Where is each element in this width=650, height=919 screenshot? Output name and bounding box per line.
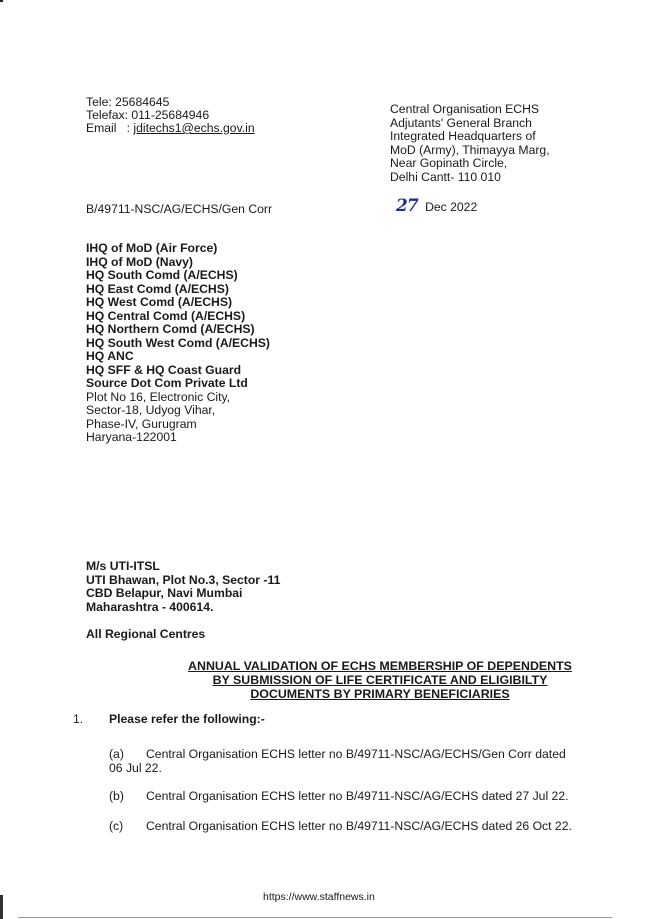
sender-address-line: MoD (Army), Thimayya Marg, [390,144,550,158]
paragraph-number: 1. [73,713,83,727]
sender-address-line: Near Gopinath Circle, [390,157,550,171]
subject-line: ANNUAL VALIDATION OF ECHS MEMBERSHIP OF … [140,659,620,673]
addressee: HQ ANC [86,350,270,364]
sender-address-line: Central Organisation ECHS [390,103,550,117]
reference-item-c: (c)Central Organisation ECHS letter no B… [109,820,572,834]
uti-address-line: Maharashtra - 400614. [86,601,280,615]
sender-address-line: Adjutants' General Branch [390,117,550,131]
sender-address-line: Integrated Headquarters of [390,130,550,144]
addressee: HQ East Comd (A/ECHS) [86,283,270,297]
letter-date: 27 Dec 2022 [396,200,477,215]
email-line: Email : jditechs1@echs.gov.in [86,122,255,136]
email-link[interactable]: jditechs1@echs.gov.in [133,121,254,135]
item-text: Central Organisation ECHS letter no B/49… [146,747,566,761]
item-label: (a) [109,748,146,762]
item-label: (b) [109,790,146,804]
item-text: Central Organisation ECHS letter no B/49… [146,789,569,803]
subject-heading: ANNUAL VALIDATION OF ECHS MEMBERSHIP OF … [140,659,620,701]
regional-centres: All Regional Centres [86,628,205,642]
uti-address-line: M/s UTI-ITSL [86,560,280,574]
date-month-year: Dec 2022 [425,200,477,214]
paragraph-text: Please refer the following:- [109,713,265,727]
reference-item-b: (b)Central Organisation ECHS letter no B… [109,790,569,804]
subject-line: BY SUBMISSION OF LIFE CERTIFICATE AND EL… [140,673,620,687]
sender-address-line: Delhi Cantt- 110 010 [390,171,550,185]
addressee: HQ South West Comd (A/ECHS) [86,337,270,351]
email-label: Email : [86,121,133,135]
sender-address: Central Organisation ECHS Adjutants' Gen… [390,103,550,184]
uti-address: M/s UTI-ITSL UTI Bhawan, Plot No.3, Sect… [86,560,280,614]
item-label: (c) [109,820,146,834]
source-address-line: Haryana-122001 [86,431,270,445]
source-address-line: Phase-IV, Gurugram [86,418,270,432]
addressee: IHQ of MoD (Navy) [86,256,270,270]
scan-artifact [0,0,3,2]
addressee: HQ SFF & HQ Coast Guard [86,364,270,378]
source-address-line: Plot No 16, Electronic City, [86,391,270,405]
source-address-line: Sector-18, Udyog Vihar, [86,404,270,418]
addressee: Source Dot Com Private Ltd [86,377,270,391]
addressee-list: IHQ of MoD (Air Force) IHQ of MoD (Navy)… [86,242,270,445]
reference-number: B/49711-NSC/AG/ECHS/Gen Corr [86,203,272,217]
scan-edge-shadow [0,895,3,919]
page-bottom-rule [18,917,612,918]
reference-item-a: (a)Central Organisation ECHS letter no B… [109,748,609,775]
item-text: Central Organisation ECHS letter no B/49… [146,819,572,833]
item-text-continued: 06 Jul 22. [109,762,609,776]
handwritten-day: 27 [396,196,418,216]
addressee: HQ Central Comd (A/ECHS) [86,310,270,324]
addressee: HQ West Comd (A/ECHS) [86,296,270,310]
subject-line: DOCUMENTS BY PRIMARY BENEFICIARIES [140,687,620,701]
addressee: IHQ of MoD (Air Force) [86,242,270,256]
footer-url[interactable]: https://www.staffnews.in [263,891,375,905]
addressee: HQ Northern Comd (A/ECHS) [86,323,270,337]
uti-address-line: CBD Belapur, Navi Mumbai [86,587,280,601]
uti-address-line: UTI Bhawan, Plot No.3, Sector -11 [86,574,280,588]
addressee: HQ South Comd (A/ECHS) [86,269,270,283]
